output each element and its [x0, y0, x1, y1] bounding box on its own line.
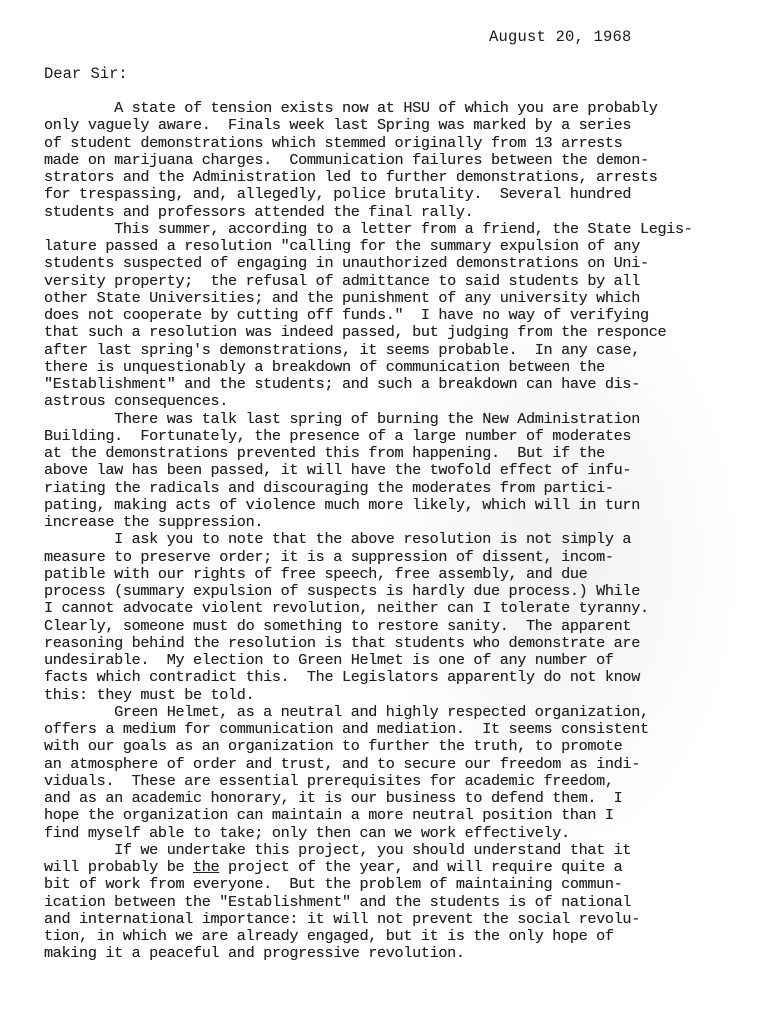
body-line: and international importance: it will no… [44, 911, 744, 928]
body-line: Building. Fortunately, the presence of a… [44, 428, 744, 445]
body-line: facts which contradict this. The Legisla… [44, 669, 744, 686]
line-start: will probably be [44, 858, 193, 876]
body-line: pating, making acts of violence much mor… [44, 497, 744, 514]
salutation: Dear Sir: [44, 65, 128, 83]
body-line: after last spring's demonstrations, it s… [44, 342, 744, 359]
body-line: I cannot advocate violent revolution, ne… [44, 600, 744, 617]
body-line: offers a medium for communication and me… [44, 721, 744, 738]
body-line: astrous consequences. [44, 393, 744, 410]
letter-date: August 20, 1968 [489, 28, 632, 46]
underlined-word: the [193, 858, 219, 876]
body-line: of student demonstrations which stemmed … [44, 135, 744, 152]
body-line: I ask you to note that the above resolut… [44, 531, 744, 548]
body-line: hope the organization can maintain a mor… [44, 807, 744, 824]
body-line: This summer, according to a letter from … [44, 221, 744, 238]
body-line: There was talk last spring of burning th… [44, 411, 744, 428]
body-line: other State Universities; and the punish… [44, 290, 744, 307]
body-line: lature passed a resolution "calling for … [44, 238, 744, 255]
body-line: with our goals as an organization to fur… [44, 738, 744, 755]
body-line: Green Helmet, as a neutral and highly re… [44, 704, 744, 721]
body-line: strators and the Administration led to f… [44, 169, 744, 186]
body-line: there is unquestionably a breakdown of c… [44, 359, 744, 376]
body-line: riating the radicals and discouraging th… [44, 480, 744, 497]
body-line: find myself able to take; only then can … [44, 825, 744, 842]
body-line: this: they must be told. [44, 687, 744, 704]
body-line: undesirable. My election to Green Helmet… [44, 652, 744, 669]
body-line: versity property; the refusal of admitta… [44, 273, 744, 290]
letter-body: A state of tension exists now at HSU of … [44, 100, 744, 963]
body-line: making it a peaceful and progressive rev… [44, 945, 744, 962]
body-line: and as an academic honorary, it is our b… [44, 790, 744, 807]
body-line: If we undertake this project, you should… [44, 842, 744, 859]
body-line: A state of tension exists now at HSU of … [44, 100, 744, 117]
line-end: project of the year, and will require qu… [219, 858, 622, 876]
body-line: does not cooperate by cutting off funds.… [44, 307, 744, 324]
body-line: at the demonstrations prevented this fro… [44, 445, 744, 462]
body-line: patible with our rights of free speech, … [44, 566, 744, 583]
body-line: above law has been passed, it will have … [44, 462, 744, 479]
body-line: bit of work from everyone. But the probl… [44, 876, 744, 893]
body-line: made on marijuana charges. Communication… [44, 152, 744, 169]
body-line: tion, in which we are already engaged, b… [44, 928, 744, 945]
body-line: measure to preserve order; it is a suppr… [44, 549, 744, 566]
body-line: reasoning behind the resolution is that … [44, 635, 744, 652]
body-line: that such a resolution was indeed passed… [44, 324, 744, 341]
body-line: students suspected of engaging in unauth… [44, 255, 744, 272]
body-line: "Establishment" and the students; and su… [44, 376, 744, 393]
body-line-with-underline: will probably be the project of the year… [44, 859, 744, 876]
body-line: students and professors attended the fin… [44, 204, 744, 221]
body-line: only vaguely aware. Finals week last Spr… [44, 117, 744, 134]
body-line: ication between the "Establishment" and … [44, 894, 744, 911]
scanned-letter-page: August 20, 1968 Dear Sir: A state of ten… [0, 0, 757, 1026]
body-line: Clearly, someone must do something to re… [44, 618, 744, 635]
body-line: increase the suppression. [44, 514, 744, 531]
body-line: viduals. These are essential prerequisit… [44, 773, 744, 790]
body-line: for trespassing, and, allegedly, police … [44, 186, 744, 203]
body-line: an atmosphere of order and trust, and to… [44, 756, 744, 773]
body-line: process (summary expulsion of suspects i… [44, 583, 744, 600]
